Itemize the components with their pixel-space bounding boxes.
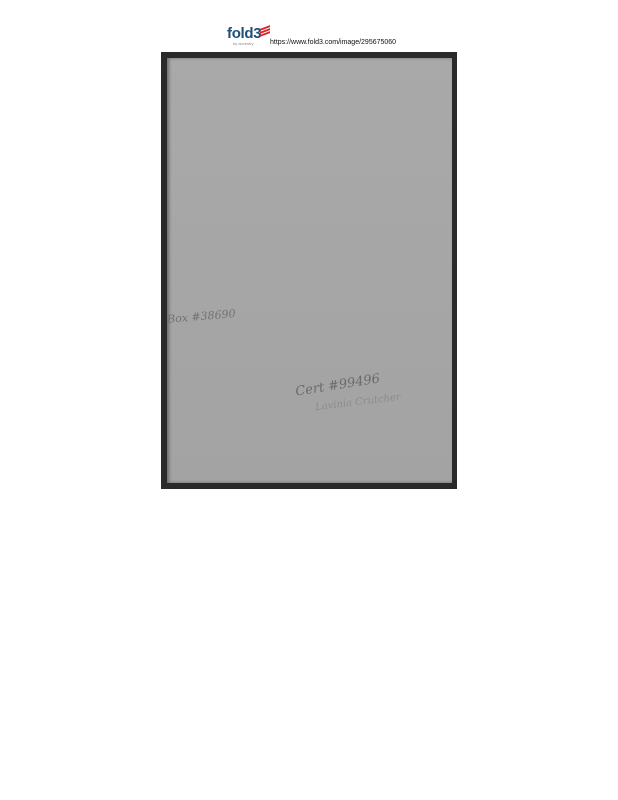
document-paper: Box #38690 Cert #99496 Lavinia Crutcher <box>167 58 452 483</box>
document-scan: Box #38690 Cert #99496 Lavinia Crutcher <box>161 52 457 489</box>
handwritten-box-number: Box #38690 <box>167 307 236 326</box>
fold3-logo: fold3 <box>227 26 261 42</box>
source-url[interactable]: https://www.fold3.com/image/295675060 <box>270 38 396 47</box>
fold3-chevron-icon <box>260 27 270 39</box>
page-header: fold3 by ancestry https://www.fold3.com/… <box>227 26 427 50</box>
ancestry-tagline: by ancestry <box>233 41 253 46</box>
handwritten-name: Lavinia Crutcher <box>315 392 402 413</box>
